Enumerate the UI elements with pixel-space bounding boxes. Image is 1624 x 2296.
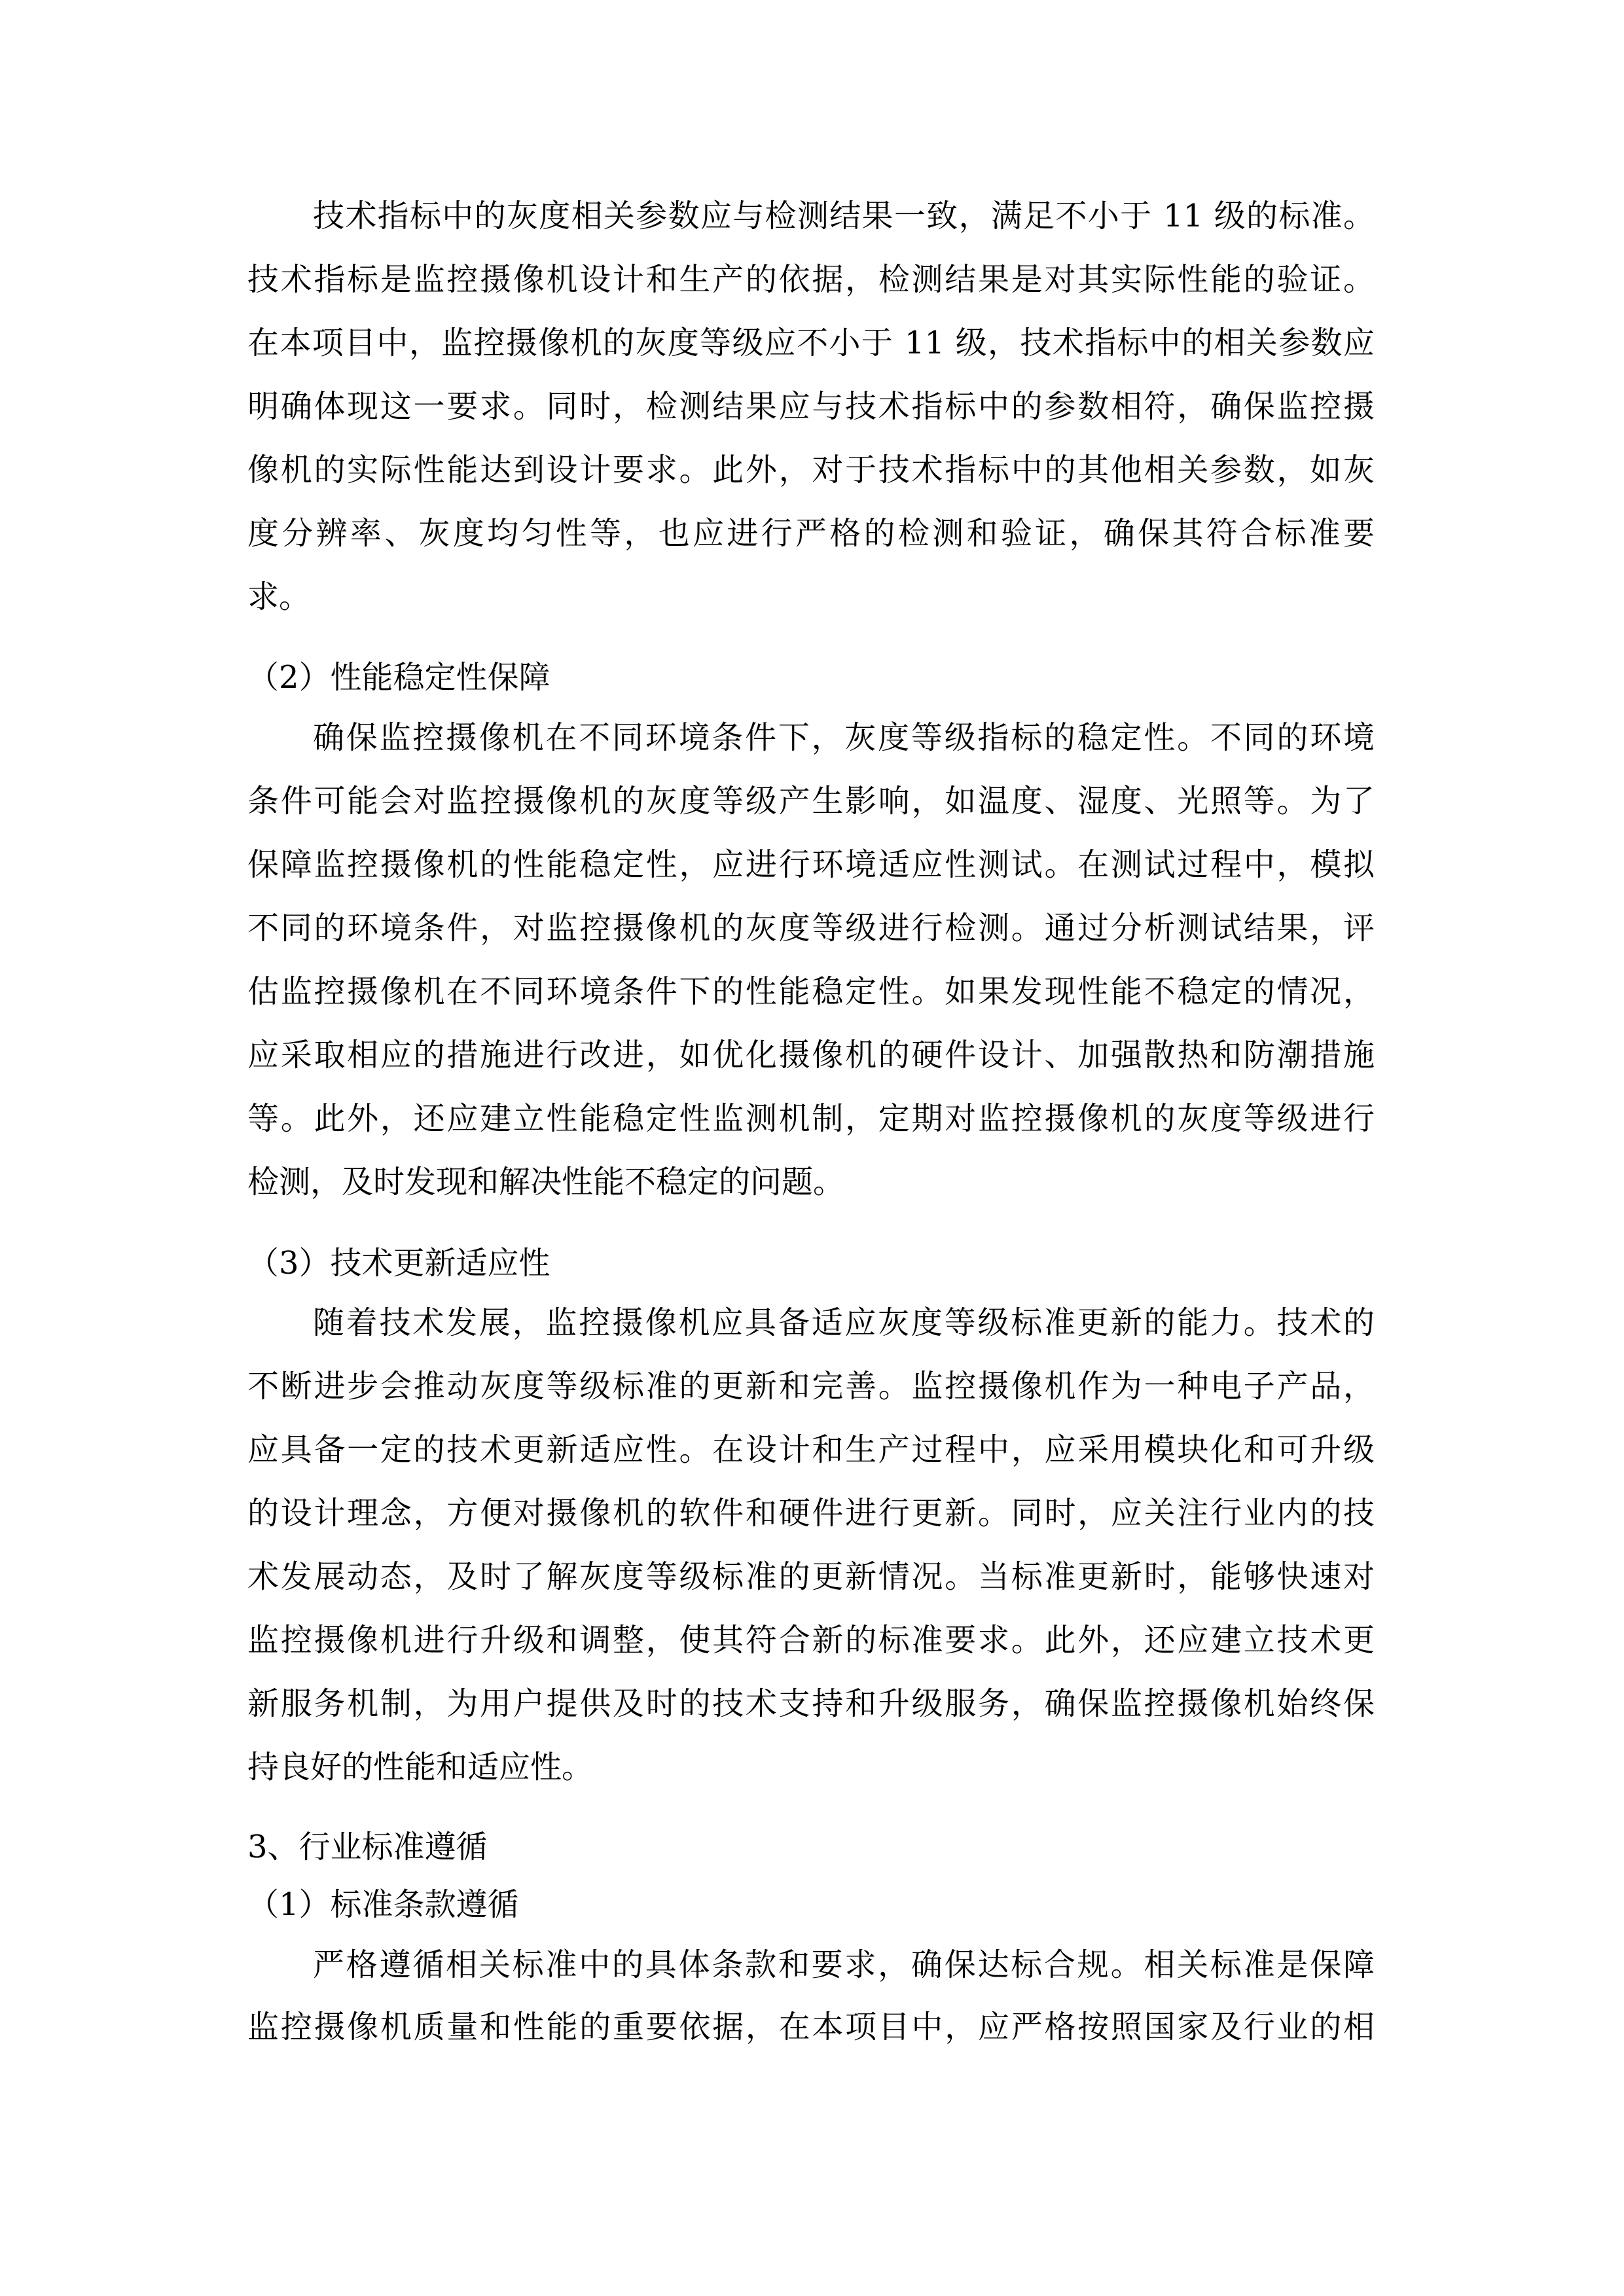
section-heading: 3、行业标准遵循 <box>247 1827 488 1867</box>
paragraph-line: 持良好的性能和适应性。 <box>247 1748 1375 1787</box>
paragraph-line: 估监控摄像机在不同环境条件下的性能稳定性。如果发现性能不稳定的情况， <box>247 972 1375 1011</box>
paragraph-line: 明确体现这一要求。同时，检测结果应与技术指标中的参数相符，确保监控摄 <box>247 387 1375 426</box>
paragraph-line: 像机的实际性能达到设计要求。此外，对于技术指标中的其他相关参数，如灰 <box>247 450 1375 490</box>
paragraph-line: 新服务机制，为用户提供及时的技术支持和升级服务，确保监控摄像机始终保 <box>247 1684 1375 1723</box>
paragraph-line: 监控摄像机质量和性能的重要依据，在本项目中，应严格按照国家及行业的相 <box>247 2007 1375 2047</box>
paragraph-line: 的设计理念，方便对摄像机的软件和硬件进行更新。同时，应关注行业内的技 <box>247 1494 1375 1533</box>
paragraph-line: 不断进步会推动灰度等级标准的更新和完善。监控摄像机作为一种电子产品， <box>247 1367 1375 1406</box>
paragraph-line: 应采取相应的措施进行改进，如优化摄像机的硬件设计、加强散热和防潮措施 <box>247 1035 1375 1075</box>
paragraph-line: 保障监控摄像机的性能稳定性，应进行环境适应性测试。在测试过程中，模拟 <box>247 845 1375 884</box>
paragraph-line: 随着技术发展，监控摄像机应具备适应灰度等级标准更新的能力。技术的 <box>313 1303 1375 1342</box>
paragraph-line: 检测，及时发现和解决性能不稳定的问题。 <box>247 1162 1375 1202</box>
paragraph-line: 度分辨率、灰度均匀性等，也应进行严格的检测和验证，确保其符合标准要 <box>247 514 1375 553</box>
section-heading: （2）性能稳定性保障 <box>247 658 550 697</box>
paragraph-line: 条件可能会对监控摄像机的灰度等级产生影响，如温度、湿度、光照等。为了 <box>247 781 1375 821</box>
paragraph-line: 不同的环境条件，对监控摄像机的灰度等级进行检测。通过分析测试结果，评 <box>247 908 1375 948</box>
section-heading: （3）技术更新适应性 <box>247 1244 550 1283</box>
document-page: 技术指标中的灰度相关参数应与检测结果一致，满足不小于 11 级的标准。技术指标是… <box>0 0 1624 2296</box>
paragraph-line: 监控摄像机进行升级和调整，使其符合新的标准要求。此外，还应建立技术更 <box>247 1621 1375 1660</box>
paragraph-line: 技术指标中的灰度相关参数应与检测结果一致，满足不小于 11 级的标准。 <box>313 196 1375 236</box>
paragraph-line: 严格遵循相关标准中的具体条款和要求，确保达标合规。相关标准是保障 <box>313 1945 1375 1984</box>
paragraph-line: 技术指标是监控摄像机设计和生产的依据，检测结果是对其实际性能的验证。 <box>247 260 1375 299</box>
paragraph-line: 求。 <box>247 577 1375 617</box>
section-heading: （1）标准条款遵循 <box>247 1885 519 1924</box>
paragraph-line: 确保监控摄像机在不同环境条件下，灰度等级指标的稳定性。不同的环境 <box>313 718 1375 757</box>
paragraph-line: 术发展动态，及时了解灰度等级标准的更新情况。当标准更新时，能够快速对 <box>247 1557 1375 1596</box>
paragraph-line: 等。此外，还应建立性能稳定性监测机制，定期对监控摄像机的灰度等级进行 <box>247 1099 1375 1138</box>
paragraph-line: 在本项目中，监控摄像机的灰度等级应不小于 11 级，技术指标中的相关参数应 <box>247 323 1375 363</box>
paragraph-line: 应具备一定的技术更新适应性。在设计和生产过程中，应采用模块化和可升级 <box>247 1430 1375 1469</box>
